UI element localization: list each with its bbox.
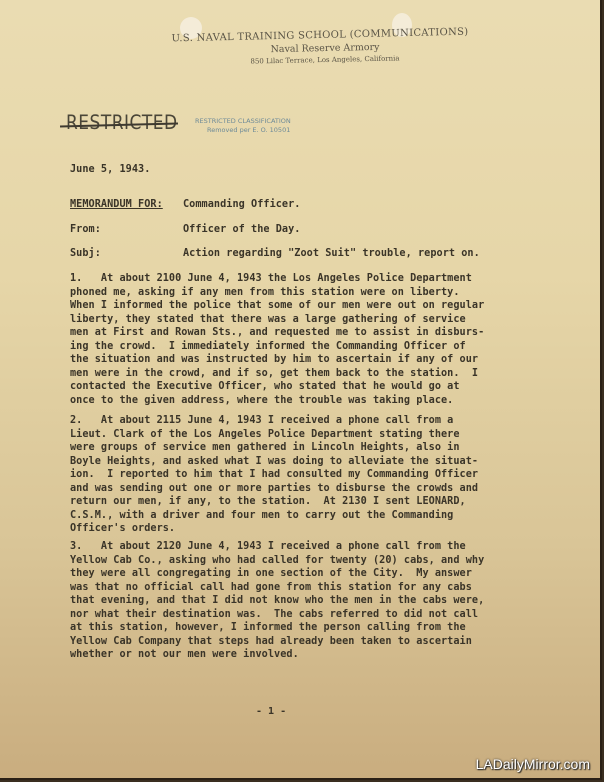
stamp-line-2: Removed per E. O. 10501: [195, 126, 291, 135]
paragraph-line: phoned me, asking if any men from this s…: [70, 286, 570, 300]
declassification-stamp: RESTRICTED CLASSIFICATION Removed per E.…: [195, 117, 291, 135]
memo-date: June 5, 1943.: [70, 164, 150, 175]
paragraph-line: and was sending out one or more parties …: [70, 482, 570, 496]
paragraph-line: Lieut. Clark of the Los Angeles Police D…: [70, 428, 570, 442]
paragraph-line: return our men, if any, to the station. …: [70, 495, 570, 509]
paragraph-line: at this station, however, I informed the…: [70, 621, 570, 635]
paragraph-line: that evening, and that I did not know wh…: [70, 594, 570, 608]
paragraph-line: contacted the Executive Officer, who sta…: [70, 380, 570, 394]
paragraph-line: When I informed the police that some of …: [70, 299, 570, 313]
paragraph-line: ion. I reported to him that I had consul…: [70, 468, 570, 482]
paragraph-line: 2. At about 2115 June 4, 1943 I received…: [70, 414, 570, 428]
letterhead: U.S. NAVAL TRAINING SCHOOL (COMMUNICATIO…: [0, 30, 600, 64]
paragraph-2: 2. At about 2115 June 4, 1943 I received…: [70, 414, 570, 536]
memo-for-value: Commanding Officer.: [183, 199, 300, 210]
memo-subj-value: Action regarding "Zoot Suit" trouble, re…: [183, 248, 480, 259]
paragraph-3: 3. At about 2120 June 4, 1943 I received…: [70, 540, 570, 662]
watermark: LADailyMirror.com: [476, 756, 590, 772]
paragraph-line: Boyle Heights, and asked what I was doin…: [70, 455, 570, 469]
paragraph-line: the situation and was instructed by him …: [70, 353, 570, 367]
paragraph-line: C.S.M., with a driver and four men to ca…: [70, 509, 570, 523]
paragraph-line: whether or not our men were involved.: [70, 648, 570, 662]
paragraph-line: Officer's orders.: [70, 522, 570, 536]
stamp-line-1: RESTRICTED CLASSIFICATION: [195, 117, 291, 126]
paragraph-line: 3. At about 2120 June 4, 1943 I received…: [70, 540, 570, 554]
paragraph-line: liberty, they stated that there was a la…: [70, 313, 570, 327]
memo-from-label: From:: [70, 224, 101, 235]
paragraph-line: once to the given address, where the tro…: [70, 394, 570, 408]
paragraph-line: 1. At about 2100 June 4, 1943 the Los An…: [70, 272, 570, 286]
paragraph-line: ing the crowd. I immediately informed th…: [70, 340, 570, 354]
paragraph-line: Yellow Cab Co., asking who had called fo…: [70, 554, 570, 568]
paragraph-line: was that no official call had gone from …: [70, 581, 570, 595]
paragraph-line: Yellow Cab Company that steps had alread…: [70, 635, 570, 649]
paragraph-1: 1. At about 2100 June 4, 1943 the Los An…: [70, 272, 570, 407]
paragraph-line: they were all congregating in one sectio…: [70, 567, 570, 581]
page-number: - 1 -: [256, 706, 286, 717]
memo-from-value: Officer of the Day.: [183, 224, 300, 235]
paragraph-line: nor what their destination was. The cabs…: [70, 608, 570, 622]
paragraph-line: were groups of service men gathered in L…: [70, 441, 570, 455]
paragraph-line: men at First and Rowan Sts., and request…: [70, 326, 570, 340]
memo-for-label: MEMORANDUM FOR:: [70, 199, 163, 210]
document-page: U.S. NAVAL TRAINING SCHOOL (COMMUNICATIO…: [0, 0, 602, 780]
memo-subj-label: Subj:: [70, 248, 101, 259]
paragraph-line: men were in the crowd, and if so, get th…: [70, 367, 570, 381]
